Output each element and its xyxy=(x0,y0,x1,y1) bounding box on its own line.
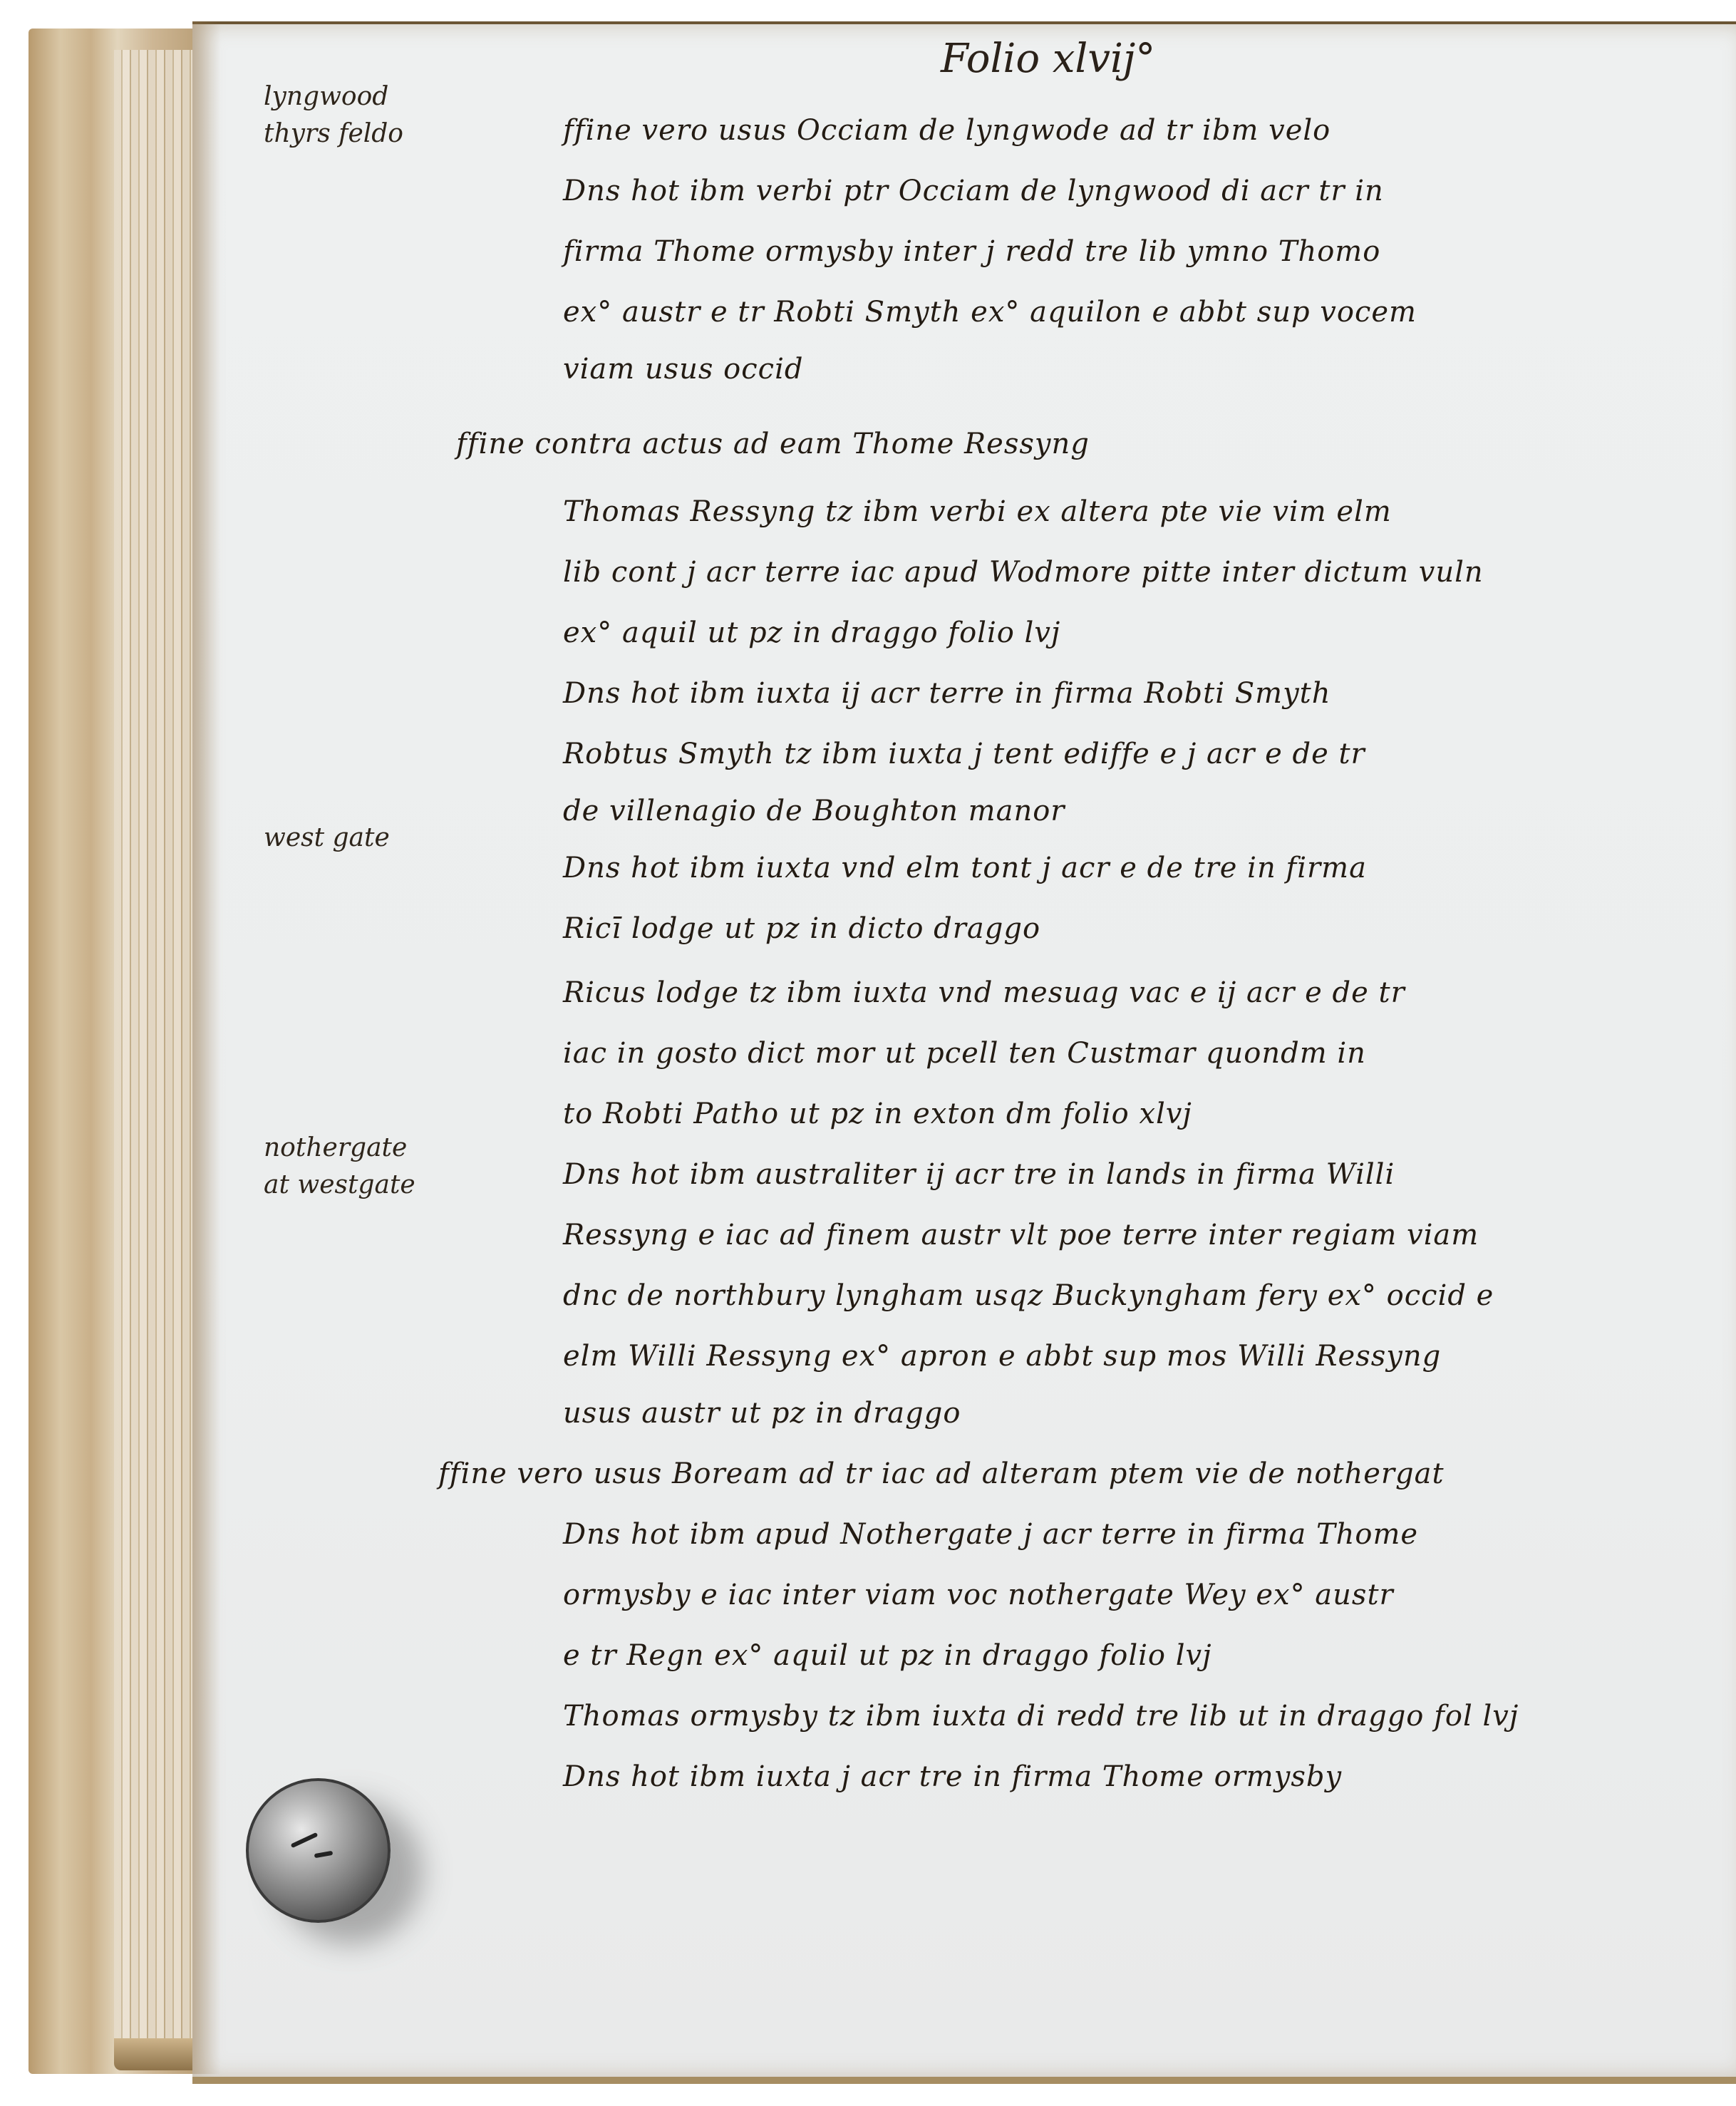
text-line: ffine vero usus Boream ad tr iac ad alte… xyxy=(438,1457,1445,1490)
gutter-shadow xyxy=(192,21,221,2074)
text-line: ormysby e iac inter viam voc nothergate … xyxy=(563,1579,1394,1611)
text-line: Ressyng e iac ad finem austr vlt poe ter… xyxy=(563,1219,1479,1251)
text-line: Dns hot ibm verbi ptr Occiam de lyngwood… xyxy=(563,175,1384,207)
text-line: Thomas ormysby tz ibm iuxta di redd tre … xyxy=(563,1700,1519,1733)
text-line: de villenagio de Boughton manor xyxy=(563,795,1065,827)
text-line: Dns hot ibm australiter ij acr tre in la… xyxy=(563,1158,1395,1191)
text-line: Dns hot ibm iuxta j acr tre in firma Tho… xyxy=(563,1760,1342,1793)
weight-mark xyxy=(314,1851,334,1858)
metal-weight-icon xyxy=(246,1778,391,1923)
text-line: Dns hot ibm iuxta vnd elm tont j acr e d… xyxy=(563,852,1367,884)
text-line: e tr Regn ex° aquil ut pz in draggo foli… xyxy=(563,1639,1212,1672)
text-line: usus austr ut pz in draggo xyxy=(563,1397,961,1430)
text-line: Ricus lodge tz ibm iuxta vnd mesuag vac … xyxy=(563,976,1405,1009)
margin-note: west gate xyxy=(264,820,520,857)
text-line: dnc de northbury lyngham usqz Buckyngham… xyxy=(563,1279,1494,1312)
folio-heading: Folio xlvij° xyxy=(941,36,1155,82)
text-line: iac in gosto dict mor ut pcell ten Custm… xyxy=(563,1037,1366,1070)
text-line: ffine contra actus ad eam Thome Ressyng xyxy=(456,428,1090,460)
text-line: ex° austr e tr Robti Smyth ex° aquilon e… xyxy=(563,296,1417,329)
text-line: Thomas Ressyng tz ibm verbi ex altera pt… xyxy=(563,495,1392,528)
text-line: Dns hot ibm iuxta ij acr terre in firma … xyxy=(563,677,1331,710)
text-line: viam usus occid xyxy=(563,353,803,386)
text-line: Ricī lodge ut pz in dicto draggo xyxy=(563,912,1040,945)
text-line: ex° aquil ut pz in draggo folio lvj xyxy=(563,616,1060,649)
weight-mark xyxy=(291,1832,319,1848)
margin-note: lyngwood thyrs feldo xyxy=(264,78,520,153)
margin-note: nothergate at westgate xyxy=(264,1130,520,1204)
text-line: firma Thome ormysby inter j redd tre lib… xyxy=(563,235,1380,268)
text-line: lib cont j acr terre iac apud Wodmore pi… xyxy=(563,556,1484,589)
text-line: Dns hot ibm apud Nothergate j acr terre … xyxy=(563,1518,1418,1551)
text-line: elm Willi Ressyng ex° apron e abbt sup m… xyxy=(563,1340,1441,1373)
text-line: to Robti Patho ut pz in exton dm folio x… xyxy=(563,1098,1192,1130)
text-line: Robtus Smyth tz ibm iuxta j tent ediffe … xyxy=(563,738,1365,770)
text-line: ffine vero usus Occiam de lyngwode ad tr… xyxy=(563,114,1331,147)
